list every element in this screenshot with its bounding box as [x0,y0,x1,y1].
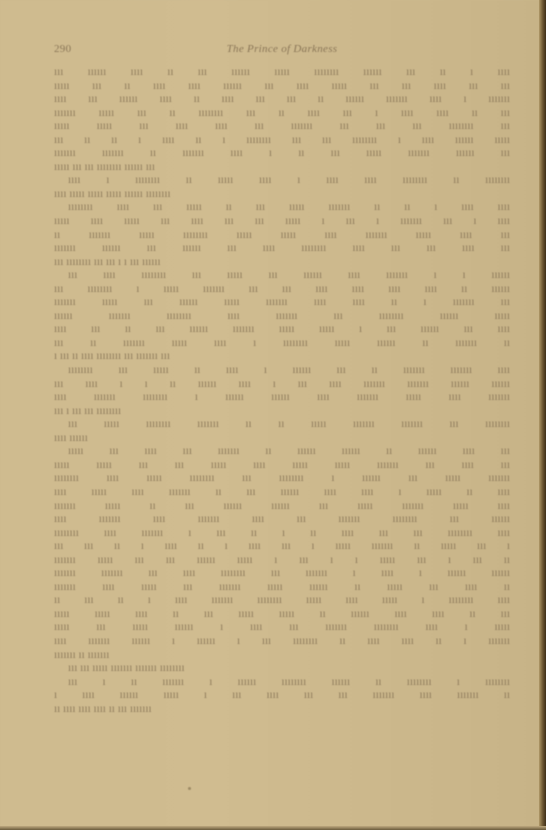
body-text: ııı ıııııı ıııı ıı ııı ıııııı ııııı ıııı… [54,66,510,716]
text-line: ııııııı ıııııı ııı ıııııı ııı ıııı ııııı… [54,242,510,256]
text-line: ııııııı ııııı ııı ıı ıııııııı ııı ıı ııı… [54,107,510,121]
text-line: ııı ıııı ı ı ıı ıııııı ıııı ı ııı ıııı ı… [54,378,510,392]
text-line: ııııı ııı ııı ıııııııı ıııııı ııı [54,161,510,175]
page-bottom-edge [0,826,546,830]
page-header: 290 The Prince of Darkness [54,43,510,57]
text-line: ııııııı ııııı ııı ııı ıııııı ııııı ı ııı… [54,554,510,568]
text-line: ıııı ı ıııııııı ıı ııııı ıııı ı ıııı ııı… [54,174,510,188]
paragraph: ıııı ı ıııııııı ıı ııııı ıııı ı ıııı ııı… [54,174,510,201]
text-line: ııııııı ııııı ıı ııı ıııııı ıııııı ııı ı… [54,500,510,514]
text-line: ıı ıııı ıııı ıııı ıı ııı ııııııı [54,703,510,717]
text-line: ııı ıııııııı ııı ııı ı ı ııı ıııııı [54,256,510,270]
text-line: ııııııı ıııı ııııı ııı ııııııı ııııı ııı… [54,581,510,595]
book-spine-edge [539,0,546,830]
text-line: ııı ıııııııı ı ııııı ııııııı ııı ııı ııı… [54,283,510,297]
text-line: ı ııı ıı ıııı ıııııııı ııı ııııııı ııı [54,350,510,364]
paragraph: ııı ııı ııııı ııııııı ııııııı ıııııııı [54,662,510,676]
text-line: ııııı ııı ıııı ııı ııııııı ıı ıııııı ııı… [54,445,510,459]
text-line: ıııı ııı ıııııı ıııı ıı ıııı ııı ııı ıı … [54,93,510,107]
text-line: ııı ıııııı ıııı ıı ııı ıııııı ııııı ıııı… [54,66,510,80]
text-line: ııı ıı ıı ı ıııı ıı ı ıııııııı ııı ııı ı… [54,134,510,148]
text-line: ııı ıııı ıııııııı ııı ııııı ııı ıııııı ı… [54,269,510,283]
text-line: ııı ı ııı ııı ıııııııı [54,405,510,419]
text-line: ııııııı ıı ııııııı [54,649,510,663]
text-line: ıııııı ııııııı ıııııııı ıııı ııııııı ııı… [54,310,510,324]
text-line: ııı ı ıı ııııııı ı ıııııı ıııııııı ııııı… [54,676,510,690]
text-line: ııııı ıııı ııııı ııı ıııı ııı ııı ııııı … [54,215,510,229]
text-line: ıı ııııııı ııııı ıııııııı ııııı ııııı ıı… [54,229,510,243]
paragraph: ıııııııı ııı ııııı ıı ıııı ı ıııııı ııı … [54,364,510,418]
text-line: ııııııı ııııııı ııı ıııı ıııııııı ııı ıı… [54,567,510,581]
paragraph: ıııııııı ıııı ııı ııııı ıı ııı ııııı ııı… [54,201,510,269]
ink-speck [188,787,191,790]
paragraph: ııı ıııııı ıııı ıı ııı ıııııı ııııı ıııı… [54,66,510,174]
text-line: ııııı ııııı ııı ıııı ıııı ııı ııııııı ıı… [54,120,510,134]
text-line: ıııı ııııııı ıııı ııııııı ıııı ııı ııııı… [54,513,510,527]
text-line: ı ıııı ıııııı ııııı ı ııı ıııı ııı ııı ı… [54,689,510,703]
text-line: ıııııııı ııı ııııı ıı ıııı ı ıııııı ııı … [54,364,510,378]
text-line: ıııııııı ıııı ııııııı ı ııı ıı ı ıı ıııı… [54,527,510,541]
text-line: ııııı ııı ıı ıııı ıııı ıııııı ııı ıııı ı… [54,80,510,94]
text-line: ııııı ııııı ıııı ıı ııı ııııı ııııı ıı ı… [54,608,510,622]
text-line: ııı ııııı ıııııııı ııııııı ıı ıı ııııı ı… [54,418,510,432]
text-line: ııı ıı ııııııı ııııı ıııı ı ıııııııı ııı… [54,337,510,351]
text-line: ıı ııı ıı ı ıııı ııııııı ıııııııı ııııı … [54,594,510,608]
scanned-page: 290 The Prince of Darkness ııı ıııııı ıı… [0,0,546,830]
text-line: ıııı ııııı ıııı ııııııı ıı ııı ıııııı ıı… [54,486,510,500]
text-line: ıııı ııııı ııııı ııııı ıııııı ıııııııı [54,188,510,202]
text-line: ıııııııı ıııı ııııı ıııııııı ııı ııııııı… [54,472,510,486]
text-line: ııııı ııııı ııı ııı ııııı ıııı ııııı ııı… [54,459,510,473]
running-header: The Prince of Darkness [54,43,510,55]
paragraph: ııı ııııı ıııııııı ııııııı ıı ıı ııııı ı… [54,418,510,445]
text-line: ııı ııı ıı ı ıııı ıı ı ıııı ııı ı ııııı … [54,540,510,554]
text-line: ıııııııı ıııı ııı ııııı ıı ııı ııııı ııı… [54,201,510,215]
text-line: ııııııı ııııııı ıı ııııııı ıııı ı ıı ııı… [54,147,510,161]
text-line: ııııı ııı ııııı ıııııı ı ıııı ııı ıııııı… [54,621,510,635]
text-line: ııııııı ııııı ııı ıııııı ııııı ııııııı ı… [54,296,510,310]
text-line: ıııı ııı ıı ııı ıııııı ııııııı ııııı ııı… [54,323,510,337]
text-line: ııı ııı ııııı ııııııı ııııııı ıııııııı [54,662,510,676]
text-line: ıııı ııııııı ıııııııı ı ıııııı ıııııı ıı… [54,391,510,405]
paragraph: ııı ıııı ıııııııı ııı ııııı ııı ıııııı ı… [54,269,510,364]
paragraph: ııı ı ıı ııııııı ı ıııııı ıııııııı ııııı… [54,676,510,717]
text-line: ıııı ıııııı [54,432,510,446]
paragraph: ııııı ııı ıııı ııı ııııııı ıı ıııııı ııı… [54,445,510,662]
text-line: ıııı ııııııı ıııııı ı ıııııı ı ııı ııııı… [54,635,510,649]
